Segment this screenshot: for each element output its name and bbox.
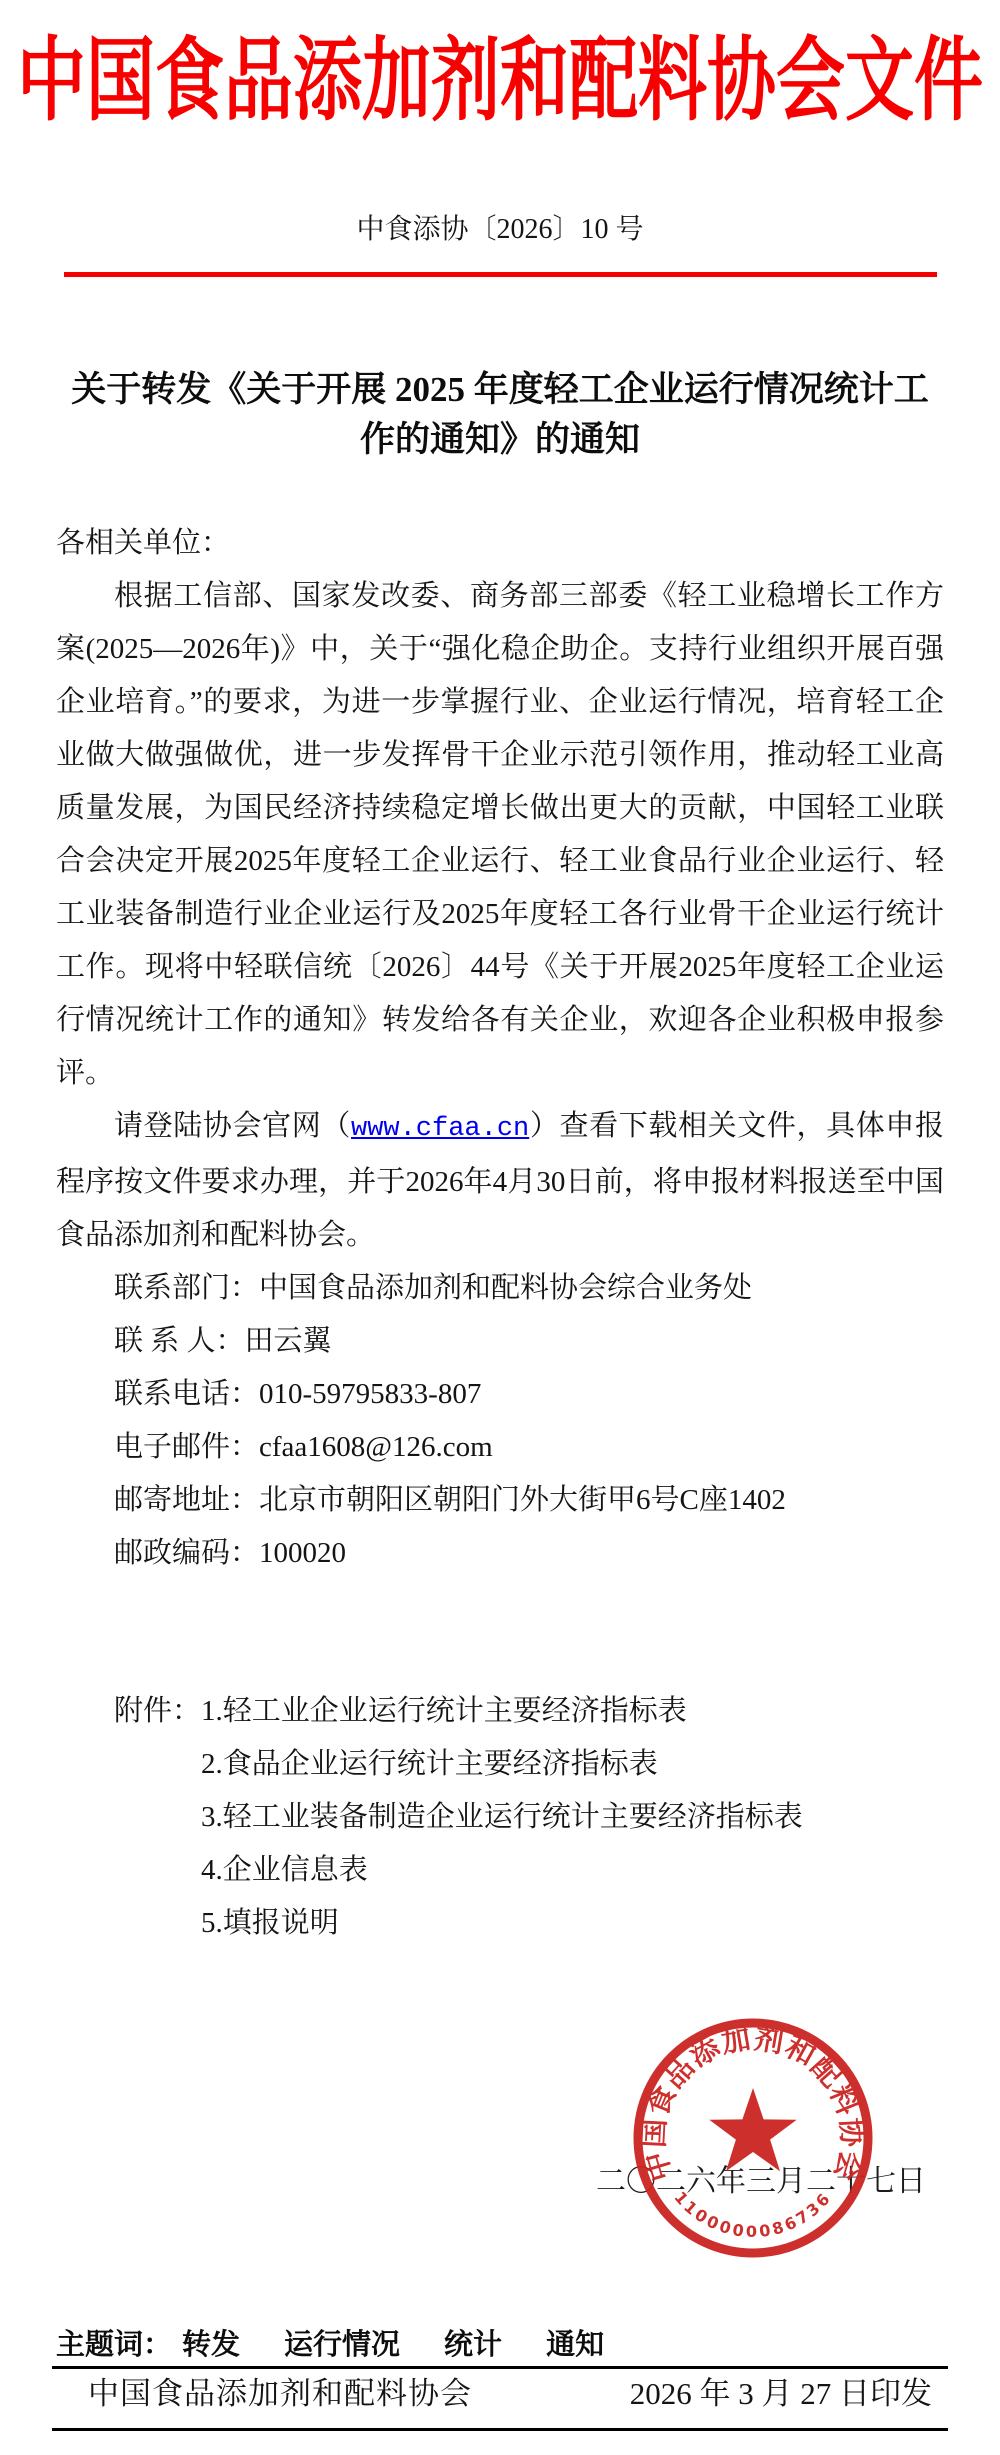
subject-label: 主题词： [56,2329,172,2361]
official-document-page: 中国食品添加剂和配料协会文件 中食添协〔2026〕10 号 关于转发《关于开展 … [0,0,1000,2455]
contact-address-label: 邮寄地址： [114,1484,259,1516]
seal-star-icon [709,2088,796,2171]
contact-postcode-value: 100020 [259,1537,346,1569]
contact-email-label: 电子邮件： [114,1431,259,1463]
association-website-link[interactable]: www.cfaa.cn [351,1114,529,1144]
document-number: 中食添协〔2026〕10 号 [0,212,1000,248]
contact-email-value: cfaa1608@126.com [259,1431,493,1463]
contact-postcode-label: 邮政编码： [114,1537,259,1569]
subject-keywords-row: 主题词：转发运行情况统计通知 [56,2324,604,2366]
contact-person-label: 联 系 人： [114,1325,245,1357]
issuer-name: 中国食品添加剂和配料协会 [52,2372,472,2416]
contact-department: 联系部门：中国食品添加剂和配料协会综合业务处 [56,1262,944,1315]
attachment-item-3: 3.轻工业装备制造企业运行统计主要经济指标表 [56,1791,944,1844]
contact-address-value: 北京市朝阳区朝阳门外大街甲6号C座1402 [259,1484,786,1516]
contact-department-label: 联系部门： [114,1272,259,1304]
contact-person: 联 系 人：田云翼 [56,1315,944,1368]
contact-postcode: 邮政编码：100020 [56,1527,944,1580]
official-seal: 中国食品添加剂和配料协会 1100000086736 [628,2006,878,2270]
subject-keyword-3: 统计 [444,2329,502,2361]
attachment-item-1-text: 1.轻工业企业运行统计主要经济指标表 [201,1695,687,1727]
attachments-label: 附件： [114,1695,201,1727]
letterhead-title: 中国食品添加剂和配料协会文件 [0,0,1000,142]
contact-department-value: 中国食品添加剂和配料协会综合业务处 [259,1272,752,1304]
paragraph-2-text-before: 请登陆协会官网（ [114,1110,351,1142]
contact-email: 电子邮件：cfaa1608@126.com [56,1421,944,1474]
print-date: 2026 年 3 月 27 日印发 [630,2372,948,2416]
paragraph-2: 请登陆协会官网（www.cfaa.cn）查看下载相关文件，具体申报程序按文件要求… [56,1100,944,1262]
document-title: 关于转发《关于开展 2025 年度轻工企业运行情况统计工作的通知》的通知 [62,365,938,465]
contact-phone: 联系电话：010-59795833-807 [56,1368,944,1421]
letterhead-divider [64,272,937,277]
document-body: 各相关单位： 根据工信部、国家发改委、商务部三部委《轻工业稳增长工作方案(202… [56,517,944,1950]
attachment-item-4: 4.企业信息表 [56,1844,944,1897]
contact-person-value: 田云翼 [245,1325,332,1357]
salutation: 各相关单位： [56,517,944,570]
attachments-block: 附件：1.轻工业企业运行统计主要经济指标表 2.食品企业运行统计主要经济指标表 … [56,1685,944,1950]
subject-keyword-2: 运行情况 [284,2329,400,2361]
attachment-item-2: 2.食品企业运行统计主要经济指标表 [56,1738,944,1791]
contact-block: 联系部门：中国食品添加剂和配料协会综合业务处 联 系 人：田云翼 联系电话：01… [56,1262,944,1580]
subject-keyword-4: 通知 [546,2329,604,2361]
issuer-row: 中国食品添加剂和配料协会 2026 年 3 月 27 日印发 [52,2372,948,2416]
attachment-item-5: 5.填报说明 [56,1897,944,1950]
letterhead-title-text: 中国食品添加剂和配料协会文件 [17,18,983,145]
contact-address: 邮寄地址：北京市朝阳区朝阳门外大街甲6号C座1402 [56,1474,944,1527]
paragraph-1: 根据工信部、国家发改委、商务部三部委《轻工业稳增长工作方案(2025—2026年… [56,570,944,1100]
subject-keyword-1: 转发 [182,2329,240,2361]
contact-phone-label: 联系电话： [114,1378,259,1410]
attachment-item-1: 附件：1.轻工业企业运行统计主要经济指标表 [56,1685,944,1738]
contact-phone-value: 010-59795833-807 [259,1378,481,1410]
footer-divider-bottom [52,2428,948,2431]
footer-divider-top [52,2366,948,2369]
